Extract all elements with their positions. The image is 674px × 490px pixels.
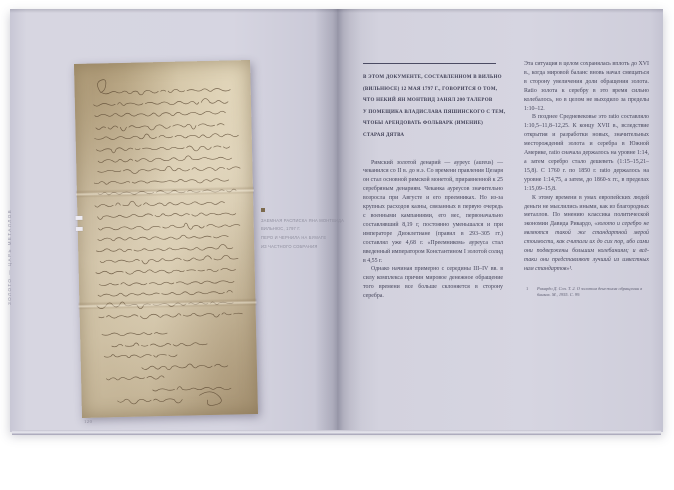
caption-line: ВИЛЬНЮС, 1797 Г. xyxy=(261,227,344,231)
paper-edge-tear xyxy=(75,216,82,220)
lede-line: (ВИЛЬНЮСЕ) 12 МАЯ 1797 Г., ГОВОРИТСЯ О Т… xyxy=(363,84,503,96)
ricardo-quote: «золото и серебро не являются такой же с… xyxy=(524,221,649,272)
page-number: 120 xyxy=(84,419,92,424)
footnote-marker: 1 xyxy=(526,286,528,293)
lede-line: ЧТО НЕКИЙ ЯН МОНТВИД ЗАНЯЛ 200 ТАЛЕРОВ xyxy=(363,95,503,107)
body-text-col2: Эта ситуация в целом сохранялась вплоть … xyxy=(524,60,649,274)
paragraph: Однако начиная примерно с середины III–I… xyxy=(363,265,503,301)
text-column-1: В ЭТОМ ДОКУМЕНТЕ, СОСТАВЛЕННОМ В ВИЛЬНО … xyxy=(363,63,503,301)
paragraph: В позднее Средневековье это ratio состав… xyxy=(524,113,649,193)
paper-edge-tear xyxy=(76,227,83,231)
lede-line: ЧТОБЫ АРЕНДОВАТЬ ФОЛЬВАРК (ИМЕНИЕ) xyxy=(363,118,503,130)
book-page-edges xyxy=(12,430,661,435)
lede-line: У ПОМЕЩИКА ВЛАДИСЛАВА ПЯШИНСКОГО С ТЕМ, xyxy=(363,107,503,119)
paragraph: К этому времени в умах европейских людей… xyxy=(524,194,649,274)
caption-line: ПЕРО И ЧЕРНИЛА НА БУМАГЕ xyxy=(261,236,344,240)
footnote: 1 Рикардо Д. Соч. Т. 2. О золотом денежн… xyxy=(524,286,649,299)
lede-rule xyxy=(363,63,496,64)
manuscript-photo xyxy=(74,60,258,418)
caption-bullet-icon xyxy=(261,208,265,212)
chapter-side-label: ЗОЛОТО — ЦАРЬ МЕТАЛЛОВ xyxy=(7,175,12,305)
article-lede: В ЭТОМ ДОКУМЕНТЕ, СОСТАВЛЕННОМ В ВИЛЬНО … xyxy=(363,72,503,142)
book-photo-backdrop: ЗОЛОТО — ЦАРЬ МЕТАЛЛОВ ЗАЕМНАЯ РАСПИСКА … xyxy=(0,0,674,490)
lede-line: СТАРАЯ ДЯТВА xyxy=(363,130,503,142)
figure-caption: ЗАЕМНАЯ РАСПИСКА ЯНА МОНТВИДА ВИЛЬНЮС, 1… xyxy=(261,208,344,249)
handwriting-decoration xyxy=(74,60,258,418)
caption-line: ИЗ ЧАСТНОГО СОБРАНИЯ xyxy=(261,245,344,249)
lede-line: В ЭТОМ ДОКУМЕНТЕ, СОСТАВЛЕННОМ В ВИЛЬНО xyxy=(363,72,503,84)
footnote-text: Рикардо Д. Соч. Т. 2. О золотом денежном… xyxy=(537,286,642,298)
paragraph: Римский золотой денарий — ауреус (aureus… xyxy=(363,159,503,266)
caption-line: ЗАЕМНАЯ РАСПИСКА ЯНА МОНТВИДА xyxy=(261,219,344,223)
text-column-2: Эта ситуация в целом сохранялась вплоть … xyxy=(524,60,649,299)
paragraph: Эта ситуация в целом сохранялась вплоть … xyxy=(524,60,649,113)
body-text-col1: Римский золотой денарий — ауреус (aureus… xyxy=(363,159,503,302)
